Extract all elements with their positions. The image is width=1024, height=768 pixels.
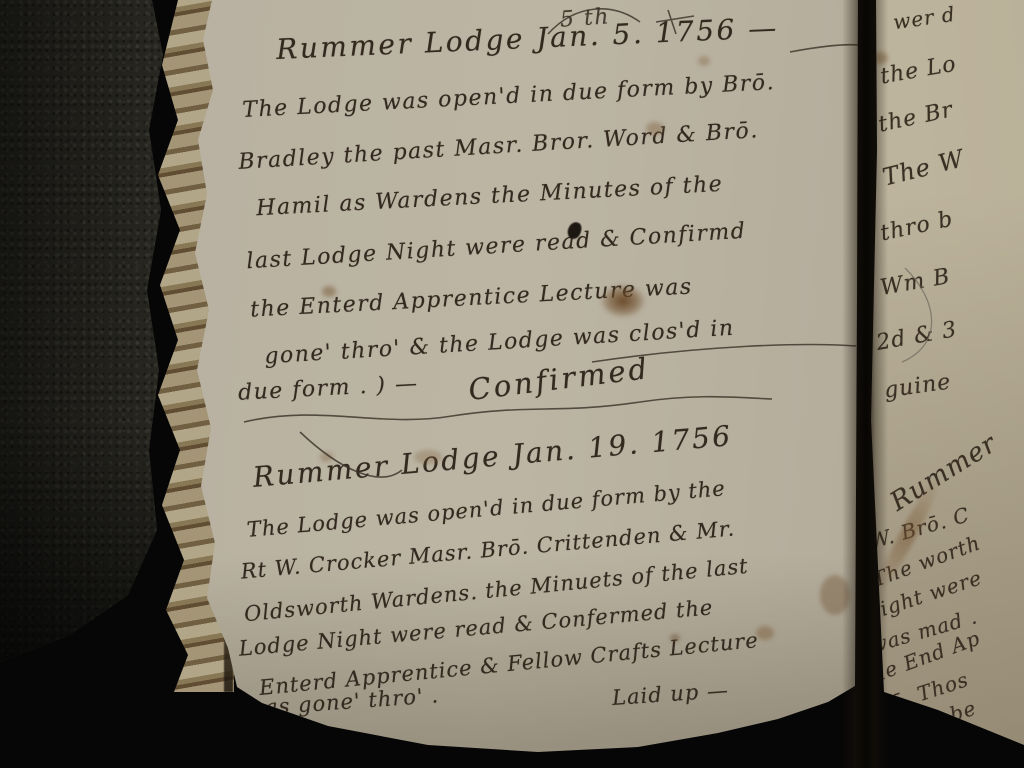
- manuscript-line: gone' thro' & the Lodge was clos'd in: [264, 316, 736, 370]
- fragment-line: thro b: [878, 207, 955, 247]
- foxing-spot: [698, 56, 710, 66]
- manuscript-photo: 5 th Rummer Lodge Jan. 5. 1756 — The Lod…: [0, 0, 1024, 768]
- entry-heading-jan5: Rummer Lodge Jan. 5. 1756 —: [276, 11, 780, 66]
- manuscript-line: The Lodge was open'd in due form by Brō.: [242, 70, 776, 123]
- fragment-line: the Br: [876, 97, 955, 137]
- fragment-line: the Lo: [878, 52, 958, 90]
- fragment-line: Wm B: [878, 264, 952, 301]
- foxing-spot: [874, 52, 888, 64]
- confirmation-word: Confirmed: [467, 351, 652, 407]
- closing-word: Laid up —: [611, 678, 729, 710]
- manuscript-line: Hamil as Wardens the Minutes of the: [256, 172, 724, 221]
- manuscript-line: last Lodge Night were read & Confirmd: [246, 219, 747, 275]
- foxing-spot: [820, 575, 850, 615]
- fragment-line: guine: [883, 369, 953, 403]
- manuscript-line: the Enterd Apprentice Lecture was: [250, 274, 694, 322]
- fragment-line: wer d: [892, 2, 957, 34]
- manuscript-line: due form . ) —: [237, 371, 419, 405]
- fragment-line: 2d & 3: [874, 317, 959, 356]
- fragment-line: Rummer: [885, 429, 1002, 518]
- manuscript-line: Bradley the past Masr. Bror. Word & Brō.: [238, 118, 760, 175]
- fragment-line: The W: [880, 144, 967, 191]
